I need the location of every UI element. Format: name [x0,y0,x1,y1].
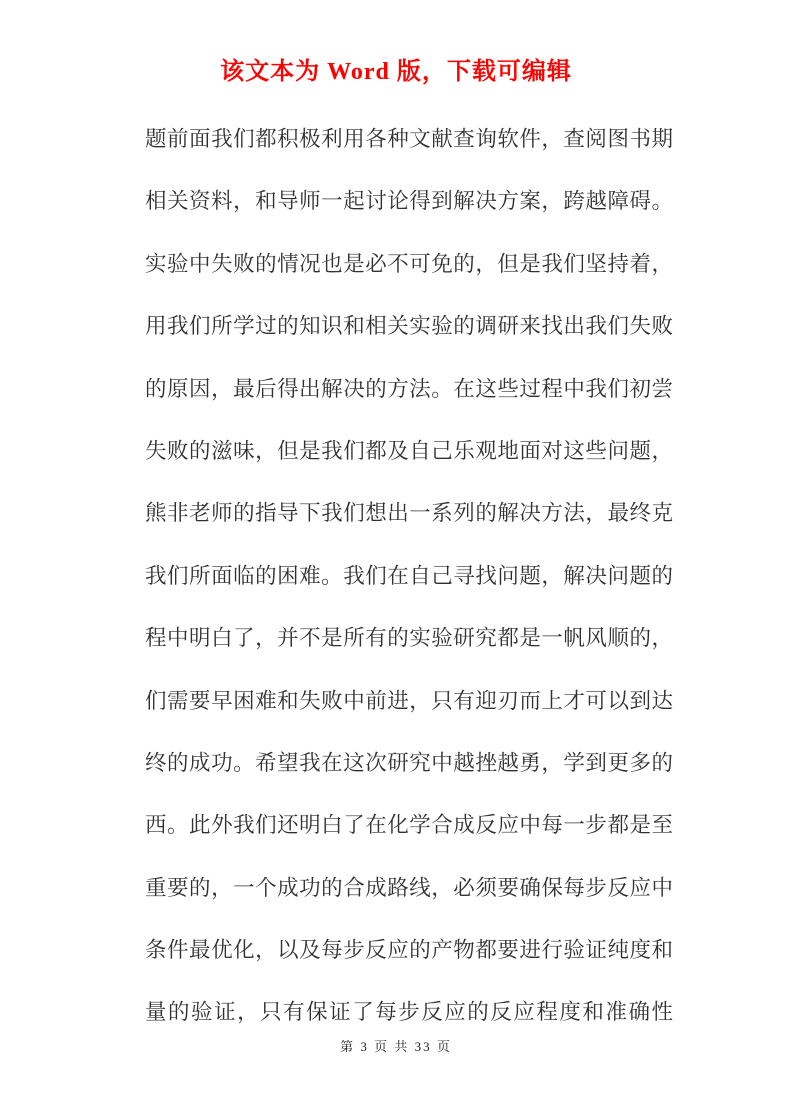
text-line: 的原因，最后得出解决的方法。在这些过程中我们初尝到 [145,358,673,420]
text-line: 熊非老师的指导下我们想出一系列的解决方法，最终克服 [145,482,673,544]
text-line: 程中明白了，并不是所有的实验研究都是一帆风顺的，我 [145,607,673,669]
text-line: 重要的，一个成功的合成路线，必须要确保每步反应中的 [145,857,673,919]
text-line: 西。此外我们还明白了在化学合成反应中每一步都是至关 [145,794,673,856]
text-line: 们需要早困难和失败中前进，只有迎刃而上才可以到达最 [145,670,673,732]
text-line: 量的验证，只有保证了每步反应的反应程度和准确性后， [145,981,673,1043]
text-line: 终的成功。希望我在这次研究中越挫越勇，学到更多的东 [145,732,673,794]
document-page: 该文本为 Word 版，下载可编辑 题前面我们都积极利用各种文献查询软件，查阅图… [0,0,792,1120]
text-line: 相关资料，和导师一起讨论得到解决方案，跨越障碍。在 [145,170,673,232]
page-number-footer: 第 3 页 共 33 页 [0,1036,792,1055]
text-line: 条件最优化，以及每步反应的产物都要进行验证纯度和质 [145,919,673,981]
text-line: 用我们所学过的知识和相关实验的调研来找出我们失败 [145,295,673,357]
document-body: 题前面我们都积极利用各种文献查询软件，查阅图书期刊 相关资料，和导师一起讨论得到… [145,108,673,1044]
word-version-notice: 该文本为 Word 版，下载可编辑 [0,56,792,88]
text-line: 失败的滋味，但是我们都及自己乐观地面对这些问题，在 [145,420,673,482]
text-line: 实验中失败的情况也是必不可免的，但是我们坚持着，利 [145,233,673,295]
text-line: 我们所面临的困难。我们在自己寻找问题，解决问题的过 [145,545,673,607]
text-line: 题前面我们都积极利用各种文献查询软件，查阅图书期刊 [145,108,673,170]
